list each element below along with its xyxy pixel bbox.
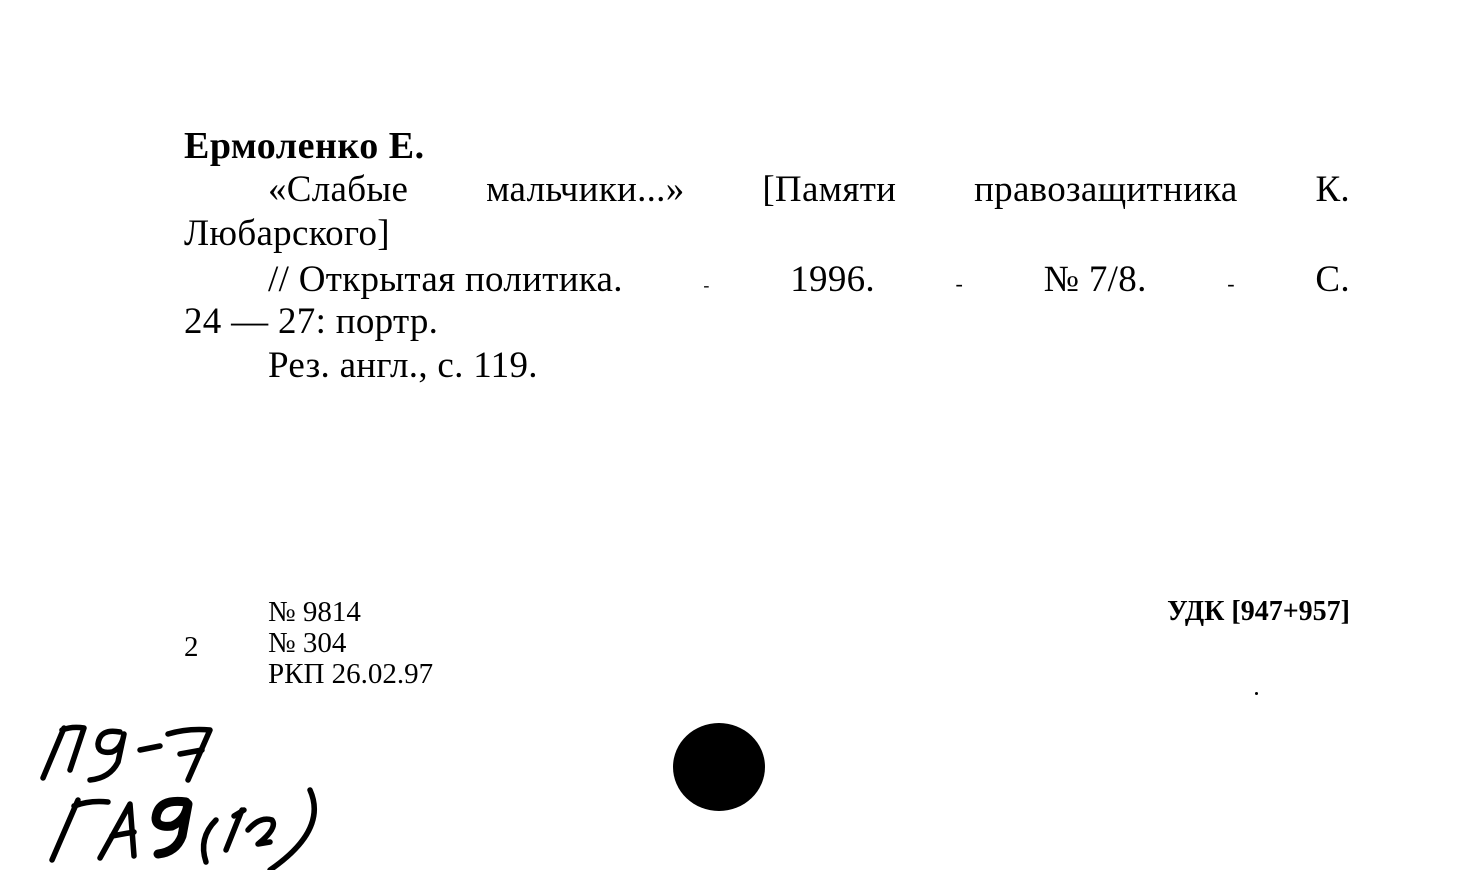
source-pages-label: С. — [1315, 258, 1350, 301]
summary-note: Рез. англ., с. 119. — [268, 344, 538, 387]
title-word: правозащитника — [974, 168, 1238, 211]
pages-info: 24 — 27: портр. — [184, 300, 438, 343]
ink-speck — [1255, 692, 1258, 695]
registration-number: № 9814 — [268, 596, 433, 627]
source-issue: № 7/8. — [1044, 258, 1147, 301]
registration-number: № 304 — [268, 627, 433, 658]
source-separator: - — [1227, 271, 1235, 297]
title-continuation: Любарского] — [184, 212, 390, 255]
source-separator: - — [956, 271, 964, 297]
source-line: // Открытая политика. - 1996. - № 7/8. -… — [268, 258, 1350, 301]
copies-count: 2 — [184, 631, 199, 663]
registration-date: РКП 26.02.97 — [268, 658, 433, 689]
title-word: «Слабые — [268, 168, 408, 211]
punch-hole-icon — [673, 723, 765, 811]
author-name: Ермоленко Е. — [184, 124, 425, 168]
catalog-card: Ермоленко Е. «Слабые мальчики...» [Памят… — [0, 0, 1472, 872]
title-word: К. — [1315, 168, 1350, 211]
source-year: 1996. — [790, 258, 875, 301]
udk-code: УДК [947+957] — [1167, 596, 1350, 628]
title-word: мальчики...» — [486, 168, 684, 211]
source-journal: // Открытая политика. — [268, 258, 623, 301]
registration-block: № 9814 № 304 РКП 26.02.97 — [268, 596, 433, 689]
source-separator: - — [703, 275, 709, 296]
title-word: [Памяти — [762, 168, 896, 211]
title-line: «Слабые мальчики...» [Памяти правозащитн… — [268, 168, 1350, 211]
handwritten-shelfmark — [38, 720, 338, 870]
